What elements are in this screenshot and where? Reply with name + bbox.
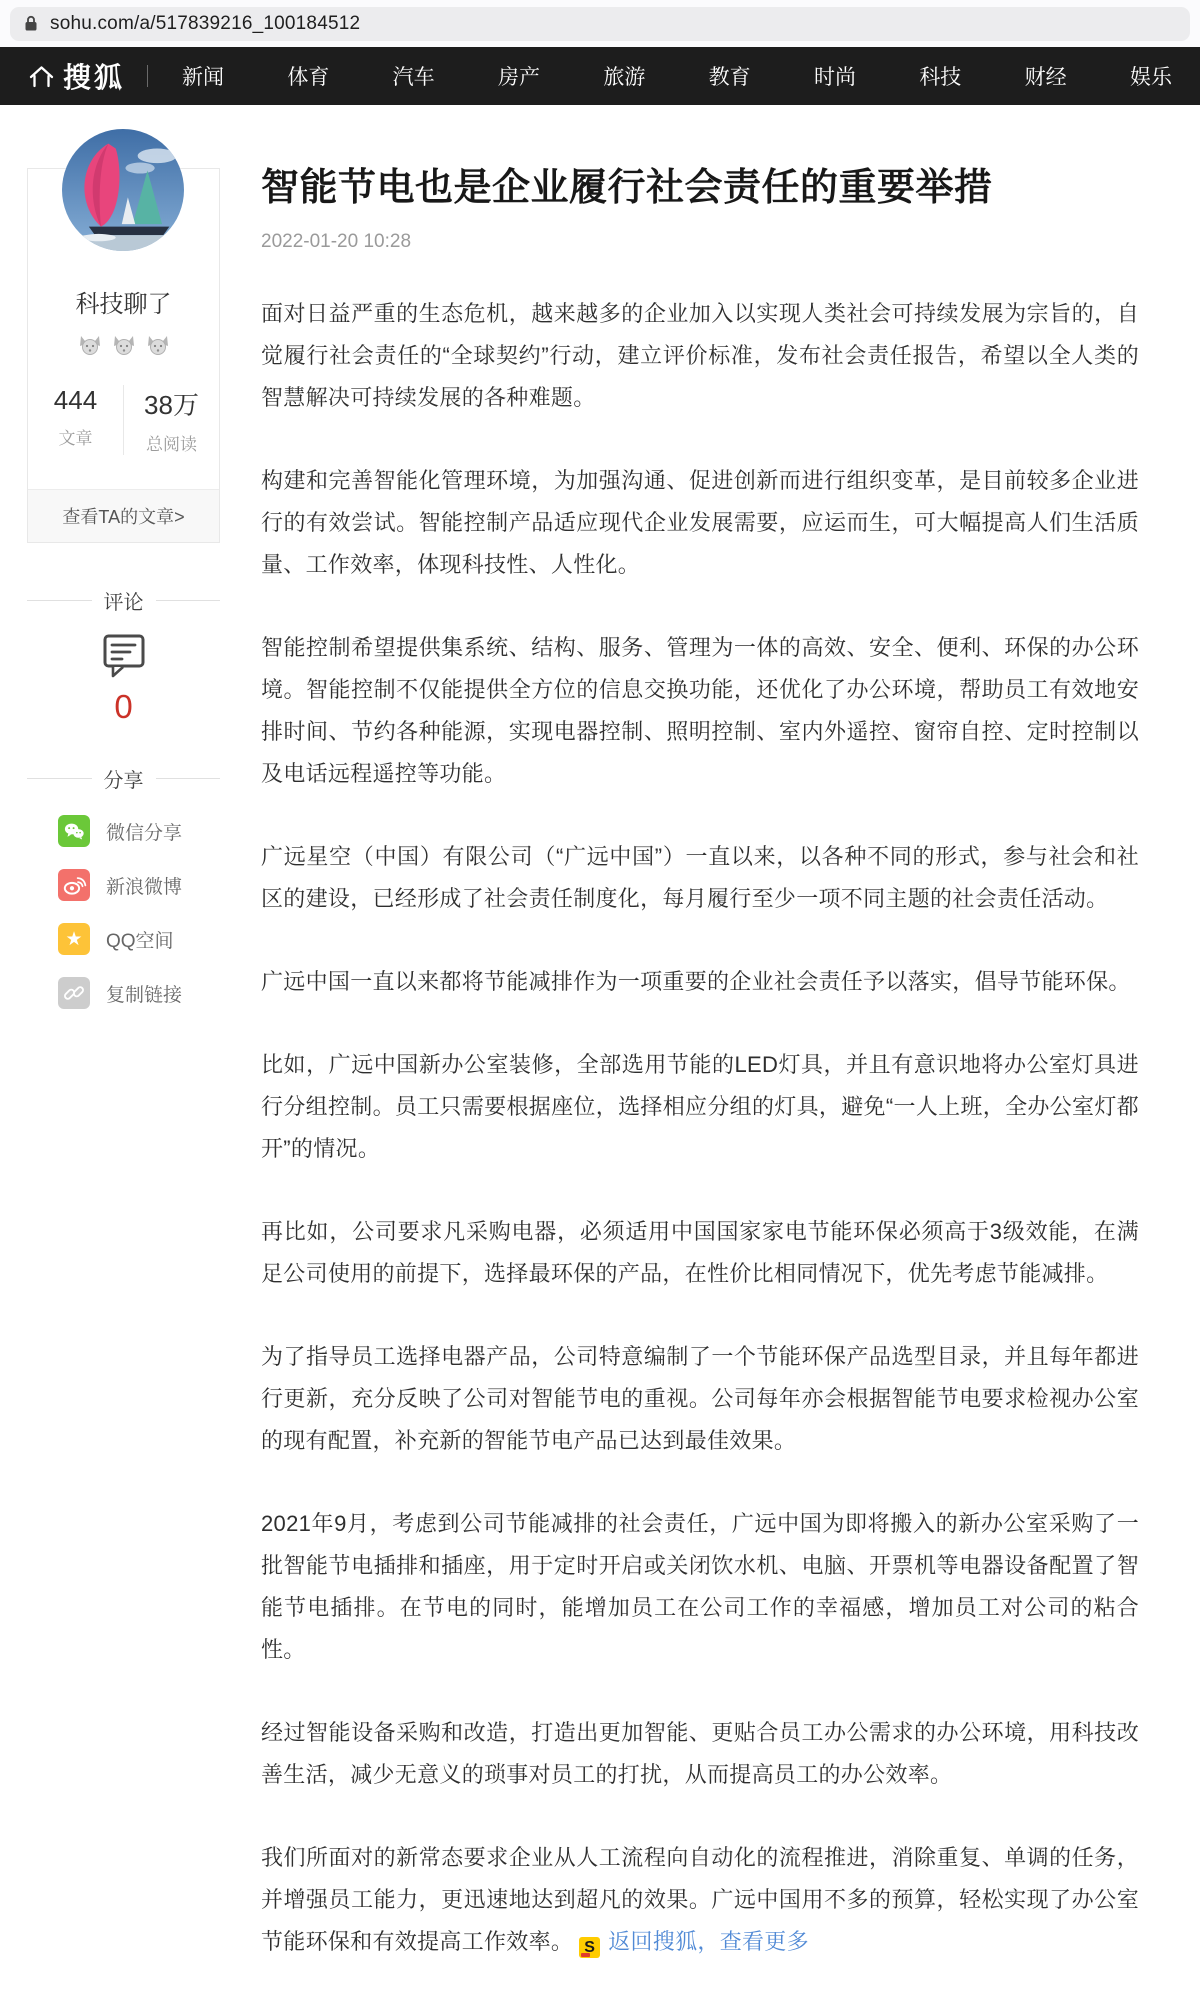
comments-heading: 评论 xyxy=(27,586,220,615)
author-badges xyxy=(28,335,219,357)
share-heading: 分享 xyxy=(27,764,220,793)
url-text: sohu.com/a/517839216_100184512 xyxy=(50,13,360,35)
nav-item[interactable]: 体育 xyxy=(287,61,329,91)
share-weibo-label: 新浪微博 xyxy=(106,872,182,899)
nav-item[interactable]: 时尚 xyxy=(814,61,856,91)
fox-badge-icon xyxy=(78,335,102,357)
sohu-logo[interactable]: 搜狐 xyxy=(63,56,125,96)
sailboat-avatar-image xyxy=(62,129,184,251)
article-paragraph: 构建和完善智能化管理环境，为加强沟通、促进创新而进行组织变革，是目前较多企业进行… xyxy=(261,460,1139,586)
article-paragraph: 2021年9月，考虑到公司节能减排的社会责任，广远中国为即将搬入的新办公室采购了… xyxy=(261,1503,1139,1671)
view-articles-button[interactable]: 查看TA的文章> xyxy=(28,489,219,542)
article-paragraph: 再比如，公司要求凡采购电器，必须适用中国国家家电节能环保必须高于3级效能，在满足… xyxy=(261,1211,1139,1295)
fox-badge-icon xyxy=(112,335,136,357)
share-qzone[interactable]: ★ QQ空间 xyxy=(58,923,220,955)
site-navbar: 搜狐 新闻 体育 汽车 房产 旅游 教育 时尚 科技 财经 娱乐 xyxy=(0,47,1200,105)
wechat-icon xyxy=(58,815,90,847)
page-content: 科技聊了 444 文章 38万 总阅读 查看TA的文 xyxy=(0,105,1200,1993)
browser-url-bar: sohu.com/a/517839216_100184512 xyxy=(0,0,1200,47)
fox-badge-icon xyxy=(146,335,170,357)
back-to-sohu-link[interactable]: 返回搜狐，查看更多 xyxy=(608,1929,809,1954)
author-stats: 444 文章 38万 总阅读 xyxy=(28,385,219,489)
copy-link-icon xyxy=(58,977,90,1009)
nav-item[interactable]: 教育 xyxy=(709,61,751,91)
nav-item[interactable]: 娱乐 xyxy=(1130,61,1172,91)
stat-reads: 38万 总阅读 xyxy=(124,385,219,455)
article-paragraph: 经过智能设备采购和改造，打造出更加智能、更贴合员工办公需求的办公环境，用科技改善… xyxy=(261,1712,1139,1796)
share-copy-link-label: 复制链接 xyxy=(106,980,182,1007)
article-paragraph: 比如，广远中国新办公室装修，全部选用节能的LED灯具，并且有意识地将办公室灯具进… xyxy=(261,1044,1139,1170)
article-last-paragraph: 我们所面对的新常态要求企业从人工流程向自动化的流程推进，消除重复、单调的任务，并… xyxy=(261,1837,1139,1963)
comments-section: 评论 0 xyxy=(27,586,220,726)
articles-label: 文章 xyxy=(28,424,123,449)
address-bar[interactable]: sohu.com/a/517839216_100184512 xyxy=(10,7,1190,41)
article: 智能节电也是企业履行社会责任的重要举措 2022-01-20 10:28 面对日… xyxy=(261,105,1139,1963)
article-paragraph: 面对日益严重的生态危机，越来越多的企业加入以实现人类社会可持续发展为宗旨的，自觉… xyxy=(261,293,1139,419)
nav-item[interactable]: 房产 xyxy=(498,61,540,91)
nav-item[interactable]: 汽车 xyxy=(393,61,435,91)
nav-divider xyxy=(147,65,148,87)
sidebar: 科技聊了 444 文章 38万 总阅读 查看TA的文 xyxy=(27,105,220,1963)
nav-item[interactable]: 财经 xyxy=(1025,61,1067,91)
nav-item[interactable]: 科技 xyxy=(919,61,961,91)
share-weibo[interactable]: 新浪微博 xyxy=(58,869,220,901)
share-qzone-label: QQ空间 xyxy=(106,926,174,953)
nav-item[interactable]: 新闻 xyxy=(182,61,224,91)
qzone-icon: ★ xyxy=(58,923,90,955)
nav-menu: 新闻 体育 汽车 房产 旅游 教育 时尚 科技 财经 娱乐 xyxy=(182,61,1172,91)
share-wechat[interactable]: 微信分享 xyxy=(58,815,220,847)
article-paragraph: 智能控制希望提供集系统、结构、服务、管理为一体的高效、安全、便利、环保的办公环境… xyxy=(261,627,1139,795)
home-icon[interactable] xyxy=(28,64,55,89)
sohu-logo-icon[interactable]: S xyxy=(579,1937,600,1958)
article-paragraph: 为了指导员工选择电器产品，公司特意编制了一个节能环保产品选型目录，并且每年都进行… xyxy=(261,1336,1139,1462)
share-copy-link[interactable]: 复制链接 xyxy=(58,977,220,1009)
reads-label: 总阅读 xyxy=(124,430,219,455)
lock-icon xyxy=(24,15,38,32)
author-avatar[interactable] xyxy=(62,129,184,251)
articles-count: 444 xyxy=(28,385,123,416)
article-paragraph: 广远星空（中国）有限公司（“广远中国”）一直以来，以各种不同的形式，参与社会和社… xyxy=(261,836,1139,920)
weibo-icon xyxy=(58,869,90,901)
comment-count: 0 xyxy=(27,688,220,726)
share-section: 分享 微信分享 xyxy=(27,764,220,1009)
article-paragraph: 广远中国一直以来都将节能减排作为一项重要的企业社会责任予以落实，倡导节能环保。 xyxy=(261,961,1139,1003)
reads-count: 38万 xyxy=(124,385,219,422)
article-date: 2022-01-20 10:28 xyxy=(261,231,1139,253)
stat-articles: 444 文章 xyxy=(28,385,124,455)
comment-bubble-icon[interactable] xyxy=(100,631,148,684)
share-wechat-label: 微信分享 xyxy=(106,818,182,845)
author-name[interactable]: 科技聊了 xyxy=(28,284,219,319)
article-title: 智能节电也是企业履行社会责任的重要举措 xyxy=(261,165,1139,213)
nav-item[interactable]: 旅游 xyxy=(603,61,645,91)
article-body: 面对日益严重的生态危机，越来越多的企业加入以实现人类社会可持续发展为宗旨的，自觉… xyxy=(261,293,1139,1796)
